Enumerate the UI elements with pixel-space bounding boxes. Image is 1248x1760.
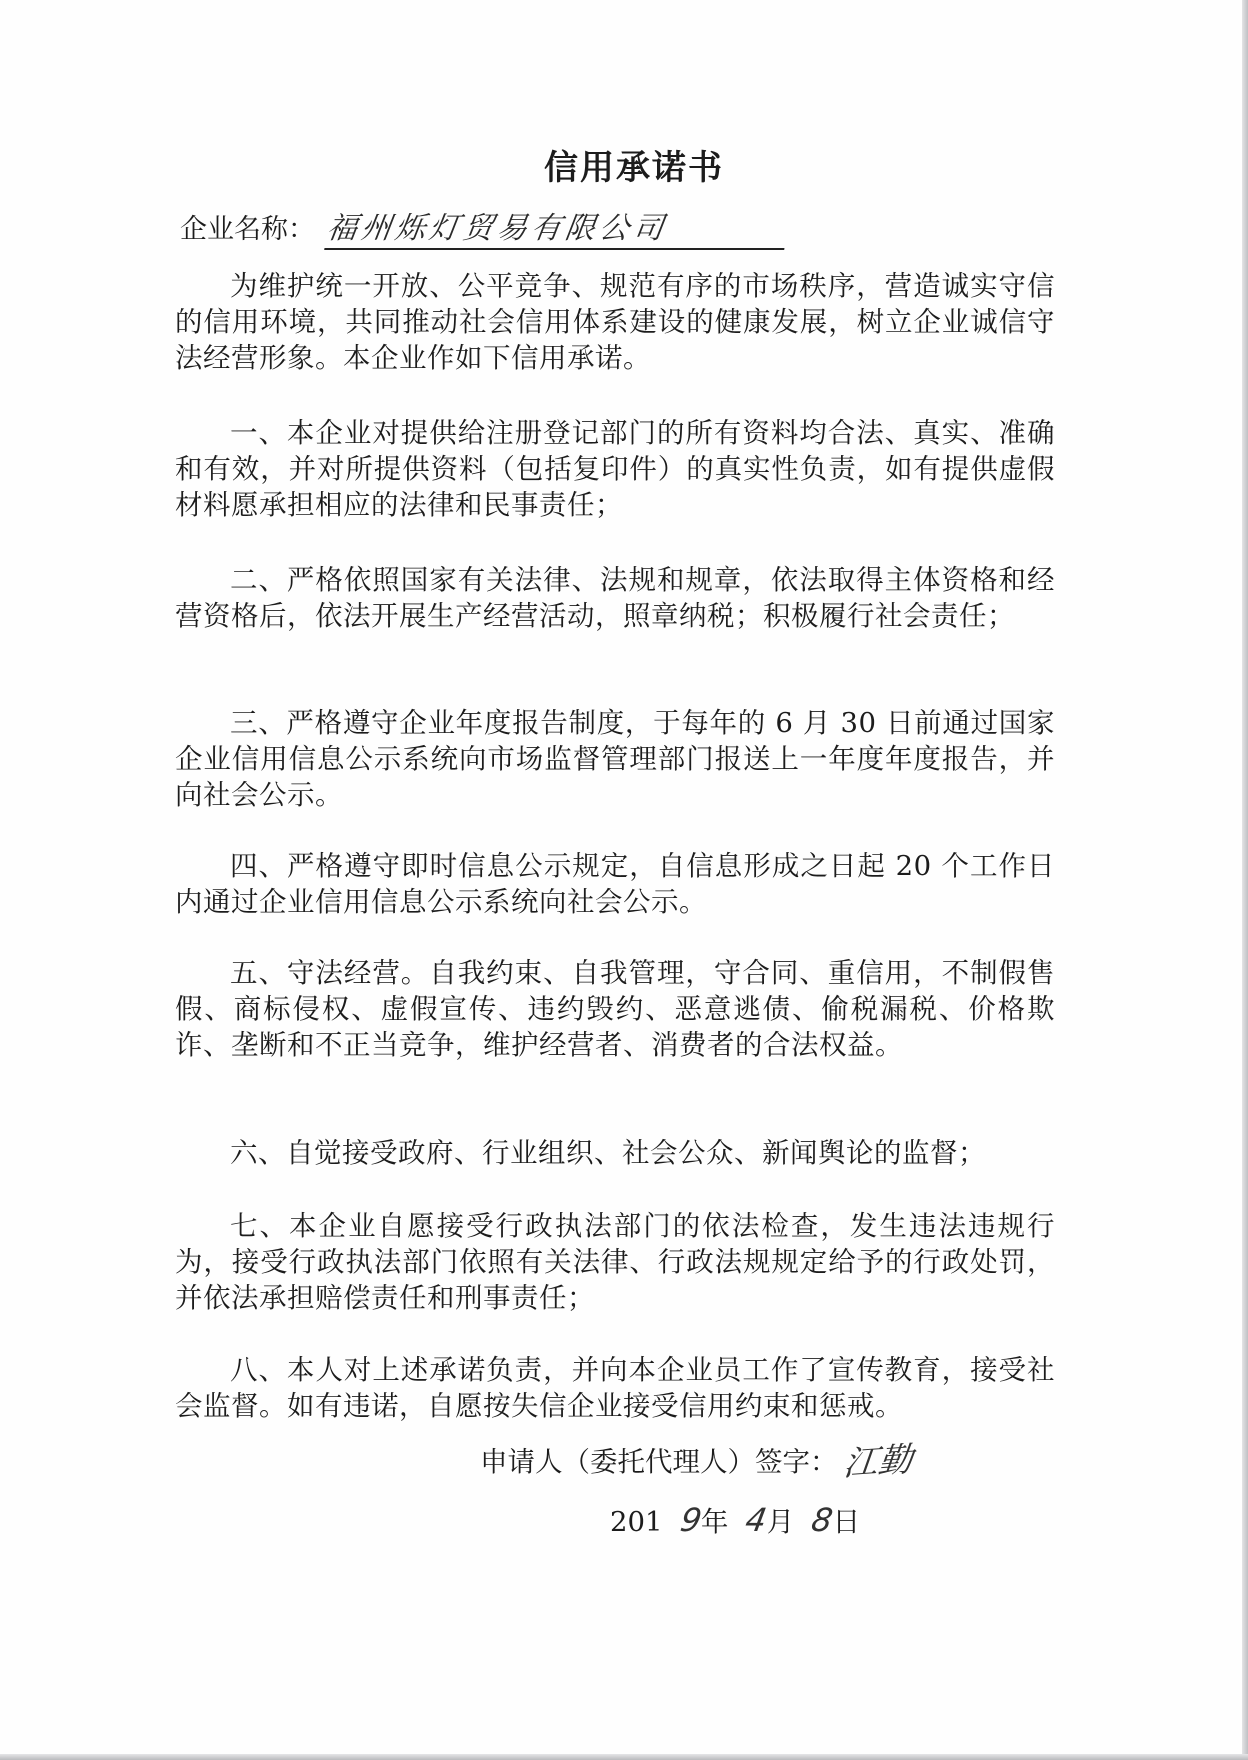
item-1-block: 一、本企业对提供给注册登记部门的所有资料均合法、真实、准确和有效，并对所提供资料… <box>175 415 1055 523</box>
signature-handwritten: 江勤 <box>841 1440 914 1485</box>
item-7-block: 七、本企业自愿接受行政执法部门的依法检查，发生违法违规行为，接受行政执法部门依照… <box>175 1208 1055 1316</box>
company-name-label: 企业名称： <box>180 210 315 250</box>
paragraph-item-1: 一、本企业对提供给注册登记部门的所有资料均合法、真实、准确和有效，并对所提供资料… <box>175 415 1055 523</box>
scan-edge-right <box>1242 0 1248 1760</box>
item-8-block: 八、本人对上述承诺负责，并向本企业员工作了宣传教育，接受社会监督。如有违诺，自愿… <box>175 1352 1055 1424</box>
paragraph-item-7: 七、本企业自愿接受行政执法部门的依法检查，发生违法违规行为，接受行政执法部门依照… <box>175 1208 1055 1316</box>
date-day-unit: 日 <box>833 1502 861 1542</box>
item-2-block: 二、严格依照国家有关法律、法规和规章，依法取得主体资格和经营资格后，依法开展生产… <box>175 562 1055 634</box>
paragraph-item-4: 四、严格遵守即时信息公示规定，自信息形成之日起 20 个工作日内通过企业信用信息… <box>175 848 1055 920</box>
preamble-block: 为维护统一开放、公平竞争、规范有序的市场秩序，营造诚实守信的信用环境，共同推动社… <box>175 268 1055 376</box>
paragraph-preamble: 为维护统一开放、公平竞争、规范有序的市场秩序，营造诚实守信的信用环境，共同推动社… <box>175 268 1055 376</box>
item-3-block: 三、严格遵守企业年度报告制度，于每年的 6 月 30 日前通过国家企业信用信息公… <box>175 705 1055 813</box>
date-month-unit: 月 <box>767 1502 795 1542</box>
paragraph-item-5: 五、守法经营。自我约束、自我管理，守合同、重信用，不制假售假、商标侵权、虚假宣传… <box>175 955 1055 1063</box>
paragraph-item-3: 三、严格遵守企业年度报告制度，于每年的 6 月 30 日前通过国家企业信用信息公… <box>175 705 1055 813</box>
item-6-block: 六、自觉接受政府、行业组织、社会公众、新闻舆论的监督； <box>175 1135 1055 1171</box>
item-5-block: 五、守法经营。自我约束、自我管理，守合同、重信用，不制假售假、商标侵权、虚假宣传… <box>175 955 1055 1063</box>
paragraph-item-6: 六、自觉接受政府、行业组织、社会公众、新闻舆论的监督； <box>175 1135 1055 1171</box>
signature-row: 申请人（委托代理人）签字： 江勤 <box>480 1442 912 1482</box>
date-year-unit: 年 <box>701 1502 729 1542</box>
date-row: 201 9 年 4 月 8 日 <box>610 1500 860 1542</box>
document-title: 信用承诺书 <box>0 140 1248 189</box>
date-year-prefix: 201 <box>610 1502 663 1542</box>
signature-label: 申请人（委托代理人）签字： <box>480 1442 838 1482</box>
paragraph-item-8: 八、本人对上述承诺负责，并向本企业员工作了宣传教育，接受社会监督。如有违诺，自愿… <box>175 1352 1055 1424</box>
scan-edge-bottom <box>0 1754 1248 1760</box>
company-name-handwritten: 福州烁灯贸易有限公司 <box>324 210 790 250</box>
paragraph-item-2: 二、严格依照国家有关法律、法规和规章，依法取得主体资格和经营资格后，依法开展生产… <box>175 562 1055 634</box>
item-4-block: 四、严格遵守即时信息公示规定，自信息形成之日起 20 个工作日内通过企业信用信息… <box>175 848 1055 920</box>
company-name-row: 企业名称： 福州烁灯贸易有限公司 <box>180 210 787 250</box>
document-page: 信用承诺书 企业名称： 福州烁灯贸易有限公司 为维护统一开放、公平竞争、规范有序… <box>0 0 1242 1754</box>
